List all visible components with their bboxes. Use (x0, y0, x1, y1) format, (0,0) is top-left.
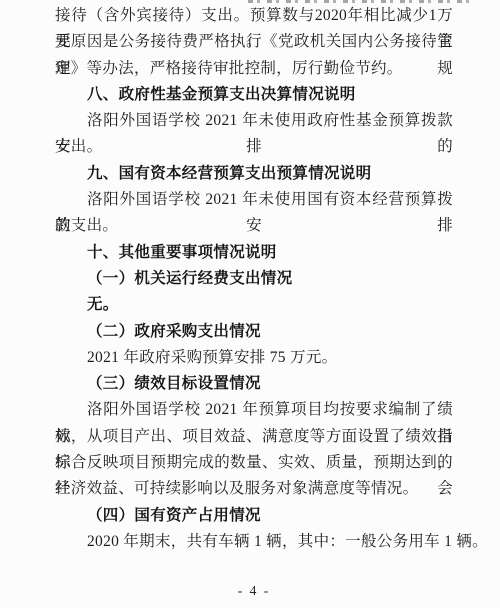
body-line-none: 无。 (55, 292, 453, 318)
cropped-text-artifact (248, 0, 470, 3)
heading-subsection-2: （二）政府采购支出情况 (55, 319, 453, 345)
body-line: 接待（含外宾接待）支出。预算数与2020年相比减少1万元。主 (55, 3, 453, 29)
body-line: 2021 年政府采购预算安排 75 万元。 (55, 345, 453, 371)
heading-subsection-3: （三）绩效目标设置情况 (55, 371, 453, 397)
body-line: 洛阳外国语学校 2021 年未使用政府性基金预算拨款安排的 (55, 108, 453, 134)
body-line: 要原因是公务接待费严格执行《党政机关国内公务接待管理规 (55, 29, 453, 55)
heading-section-8: 八、政府性基金预算支出决算情况说明 (55, 82, 453, 108)
body-line: 经济效益、可持续影响以及服务对象满意度等情况。 (55, 476, 453, 502)
body-line: 洛阳外国语学校 2021 年未使用国有资本经营预算拨款安排 (55, 187, 453, 213)
body-line: 综合反映项目预期完成的数量、实效、质量，预期达到的社会 (55, 450, 453, 476)
document-page: 接待（含外宾接待）支出。预算数与2020年相比减少1万元。主 要原因是公务接待费… (0, 0, 500, 608)
heading-section-9: 九、国有资本经营预算支出预算情况说明 (55, 161, 453, 187)
body-line: 标，从项目产出、项目效益、满意度等方面设置了绩效指标， (55, 424, 453, 450)
page-number: - 4 - (55, 583, 453, 599)
heading-section-10: 十、其他重要事项情况说明 (55, 240, 453, 266)
heading-subsection-4: （四）国有资产占用情况 (55, 503, 453, 529)
body-line: 定》等办法，严格接待审批控制，厉行勤俭节约。 (55, 56, 453, 82)
heading-subsection-1: （一）机关运行经费支出情况 (55, 266, 453, 292)
body-line: 洛阳外国语学校 2021 年预算项目均按要求编制了绩效目 (55, 397, 453, 423)
body-line: 2020 年期末，共有车辆 1 辆，其中：一般公务用车 1 辆。 (55, 529, 453, 555)
